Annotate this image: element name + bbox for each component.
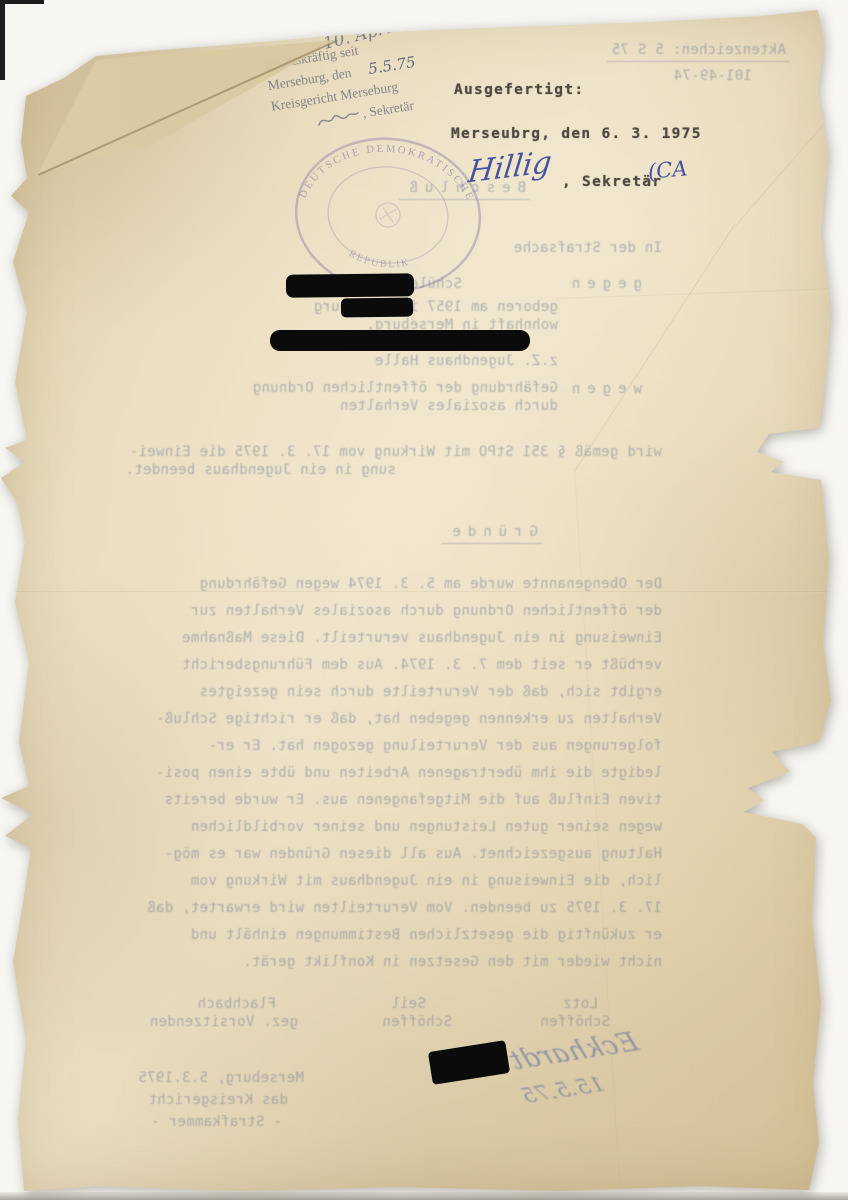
- seal-arc-top: DEUTSCHE DEMOKRATISCHE: [297, 135, 480, 218]
- bleed-signature-role: Schöffen: [382, 1014, 452, 1030]
- bleed-signature-role: gez. Vorsitzenden: [150, 1014, 298, 1030]
- bleed-court-line2: das Kreisgericht: [148, 1092, 288, 1108]
- paper-sheet: Aktenzeichen: 5 S 75 101-49-74 Beschluß …: [0, 0, 848, 1200]
- bleed-tenor-line1: wird gemäß § 351 StPO mit Wirkung vom 17…: [130, 444, 662, 460]
- bleed-gruende-line: Verhalten zu erkennen gegeben hat, daß e…: [147, 711, 662, 738]
- ausgefertigt-label: Ausgefertigt:: [454, 82, 584, 98]
- bleed-gruende-line: ergibt sich, daß der Verurteilte durch s…: [147, 684, 662, 711]
- bleed-handwritten-date: 15.5.75: [518, 1072, 608, 1108]
- scanner-edge-left: [0, 0, 5, 80]
- svg-text:REPUBLIK: REPUBLIK: [346, 248, 413, 273]
- bleed-gruende-line: Einweisung in ein Jugendhaus verurteilt.…: [147, 630, 662, 657]
- bleed-gruende-paragraph: Der Obengenannte wurde am 5. 3. 1974 weg…: [147, 576, 662, 981]
- bleed-gruende-line: er zukünftig die gesetzlichen Bestimmung…: [147, 927, 662, 954]
- bleed-gruende-line: lich, die Einweisung in ein Jugendhaus m…: [147, 873, 662, 900]
- bleed-gruende-line: 17. 3. 1975 zu beenden. Vom Verurteilten…: [147, 900, 662, 927]
- redaction-bar-birthdate: [341, 297, 413, 317]
- bleed-gruende-line: Haltung ausgezeichnet. Aus all diesen Gr…: [147, 846, 662, 873]
- bleed-aktenzeichen2: 101-49-74: [673, 68, 752, 84]
- bleed-signature-name: Seil: [391, 996, 426, 1012]
- seal-arc-bottom: REPUBLIK: [346, 248, 413, 273]
- handwritten-initials: (CA: [647, 156, 688, 183]
- bleed-signature-name: Flachbach: [197, 996, 276, 1012]
- tape-remnant: [27, 2, 128, 39]
- bleed-tenor-line2: sung in ein Jugendhaus beendet.: [125, 462, 396, 478]
- paper-surface: Aktenzeichen: 5 S 75 101-49-74 Beschluß …: [0, 0, 848, 1200]
- bleed-gruende-line: verbüßt er seit dem 7. 3. 1974. Aus dem …: [147, 657, 662, 684]
- bleed-court-line1: Merseburg, 5.3.1975: [138, 1070, 304, 1086]
- bleed-court-line3: - Strafkammer -: [151, 1114, 282, 1130]
- place-date-line: Merseubrg, den 6. 3. 1975: [451, 126, 702, 142]
- bleed-handwritten-name: Eckhardt: [505, 1027, 643, 1077]
- bleed-aktenzeichen: Aktenzeichen: 5 S 75: [607, 42, 790, 62]
- scanned-document-page: { "document_type": "Aged typewritten DDR…: [0, 0, 848, 1200]
- bleed-signature-name: Lotz: [563, 996, 598, 1012]
- bleed-gruende-line: nicht wieder mit den Gesetzen in Konflik…: [147, 954, 662, 981]
- bleed-strafsache: In der Strafsache: [514, 240, 662, 256]
- bleed-signature-role: Schöffen: [540, 1014, 610, 1030]
- redaction-bar-name: [286, 273, 414, 297]
- bleed-gruende-line: folgerungen aus der Verurteilung gezogen…: [147, 738, 662, 765]
- bleed-gruende-line: der öffentlichen Ordnung durch asoziales…: [147, 603, 662, 630]
- bleed-gruende-line: tiven Einfluß auf die Mitgefangenen aus.…: [147, 792, 662, 819]
- svg-text:DEUTSCHE DEMOKRATISCHE: DEUTSCHE DEMOKRATISCHE: [297, 135, 480, 218]
- bleed-heading-gruende: Gründe: [441, 524, 542, 544]
- scanner-edge-top: [0, 0, 44, 4]
- redaction-bar-address: [270, 330, 530, 351]
- bleed-gruende-line: ledigte die ihm übertragenen Arbeiten un…: [147, 765, 662, 792]
- bleed-gruende-line: Der Obengenannte wurde am 5. 3. 1974 weg…: [147, 576, 662, 603]
- bleed-gruende-line: wegen seiner guten Leistungen und seiner…: [147, 819, 662, 846]
- sekretaer-label: , Sekretär: [562, 174, 662, 190]
- bleed-defendant-line4: z.Z. Jugendhaus Halle: [375, 353, 558, 369]
- bleed-wegen-line2: durch asoziales Verhalten: [340, 398, 558, 414]
- bleed-wegen-label: wegen: [565, 381, 642, 397]
- bleed-wegen-line1: Gefährdung der öffentlichen Ordnung: [252, 380, 558, 396]
- bleed-gegen-label: gegen: [565, 276, 642, 292]
